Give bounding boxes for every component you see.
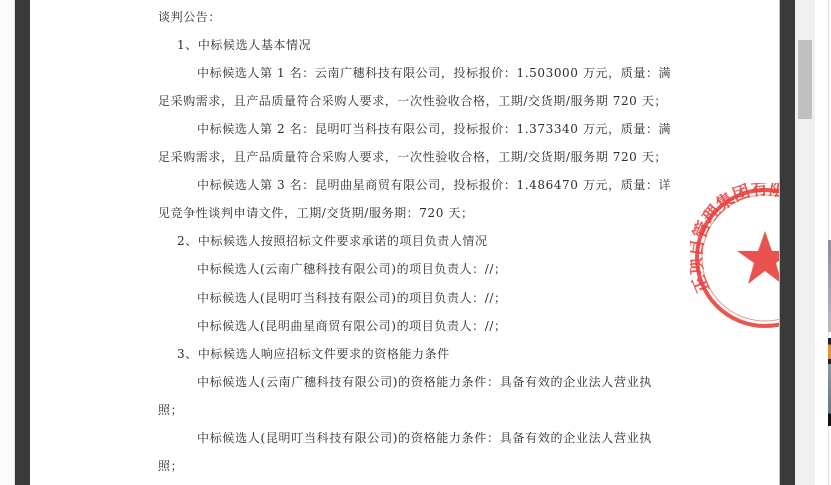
candidate-2-line-1: 中标候选人第 2 名：昆明叮当科技有限公司，投标报价：1.373340 万元，质…	[197, 122, 652, 136]
section-2-heading: 2、中标候选人按照招标文件要求承诺的项目负责人情况	[177, 234, 488, 248]
qualification-2-line-2: 照；	[158, 459, 183, 473]
qualification-1-line-1: 中标候选人(云南广穗科技有限公司)的资格能力条件：具备有效的企业法人营业执	[197, 375, 652, 389]
left-margin	[0, 0, 15, 485]
side-panel-gap	[815, 0, 828, 485]
candidate-3-line-1: 中标候选人第 3 名：昆明曲星商贸有限公司，投标报价：1.486470 万元，质…	[197, 178, 652, 192]
section-1-heading: 1、中标候选人基本情况	[177, 38, 311, 52]
candidate-1-line-2: 足采购需求，且产品质量符合采购人要求，一次性验收合格，工期/交货期/服务期 72…	[158, 94, 652, 108]
candidate-1-line-1: 中标候选人第 1 名：云南广穗科技有限公司，投标报价：1.503000 万元，质…	[197, 66, 652, 80]
viewer-left-border	[15, 0, 30, 485]
project-lead-1: 中标候选人(云南广穗科技有限公司)的项目负责人：//；	[197, 262, 507, 276]
candidate-3-line-2: 见竞争性谈判申请文件，工期/交货期/服务期：720 天；	[158, 206, 474, 220]
scrollbar-thumb[interactable]	[798, 40, 812, 119]
vertical-scrollbar[interactable]	[795, 0, 815, 485]
candidate-2-line-2: 足采购需求，且产品质量符合采购人要求，一次性验收合格，工期/交货期/服务期 72…	[158, 150, 652, 164]
section-3-heading: 3、中标候选人响应招标文件要求的资格能力条件	[177, 347, 450, 361]
qualification-2-line-1: 中标候选人(昆明叮当科技有限公司)的资格能力条件：具备有效的企业法人营业执	[197, 431, 652, 445]
project-lead-3: 中标候选人(昆明曲星商贸有限公司)的项目负责人：//；	[197, 319, 507, 333]
qualification-1-line-2: 照；	[158, 403, 183, 417]
doc-line-heading: 谈判公告：	[158, 10, 221, 24]
project-lead-2: 中标候选人(昆明叮当科技有限公司)的项目负责人：//；	[197, 291, 507, 305]
viewer-right-border	[779, 0, 795, 485]
